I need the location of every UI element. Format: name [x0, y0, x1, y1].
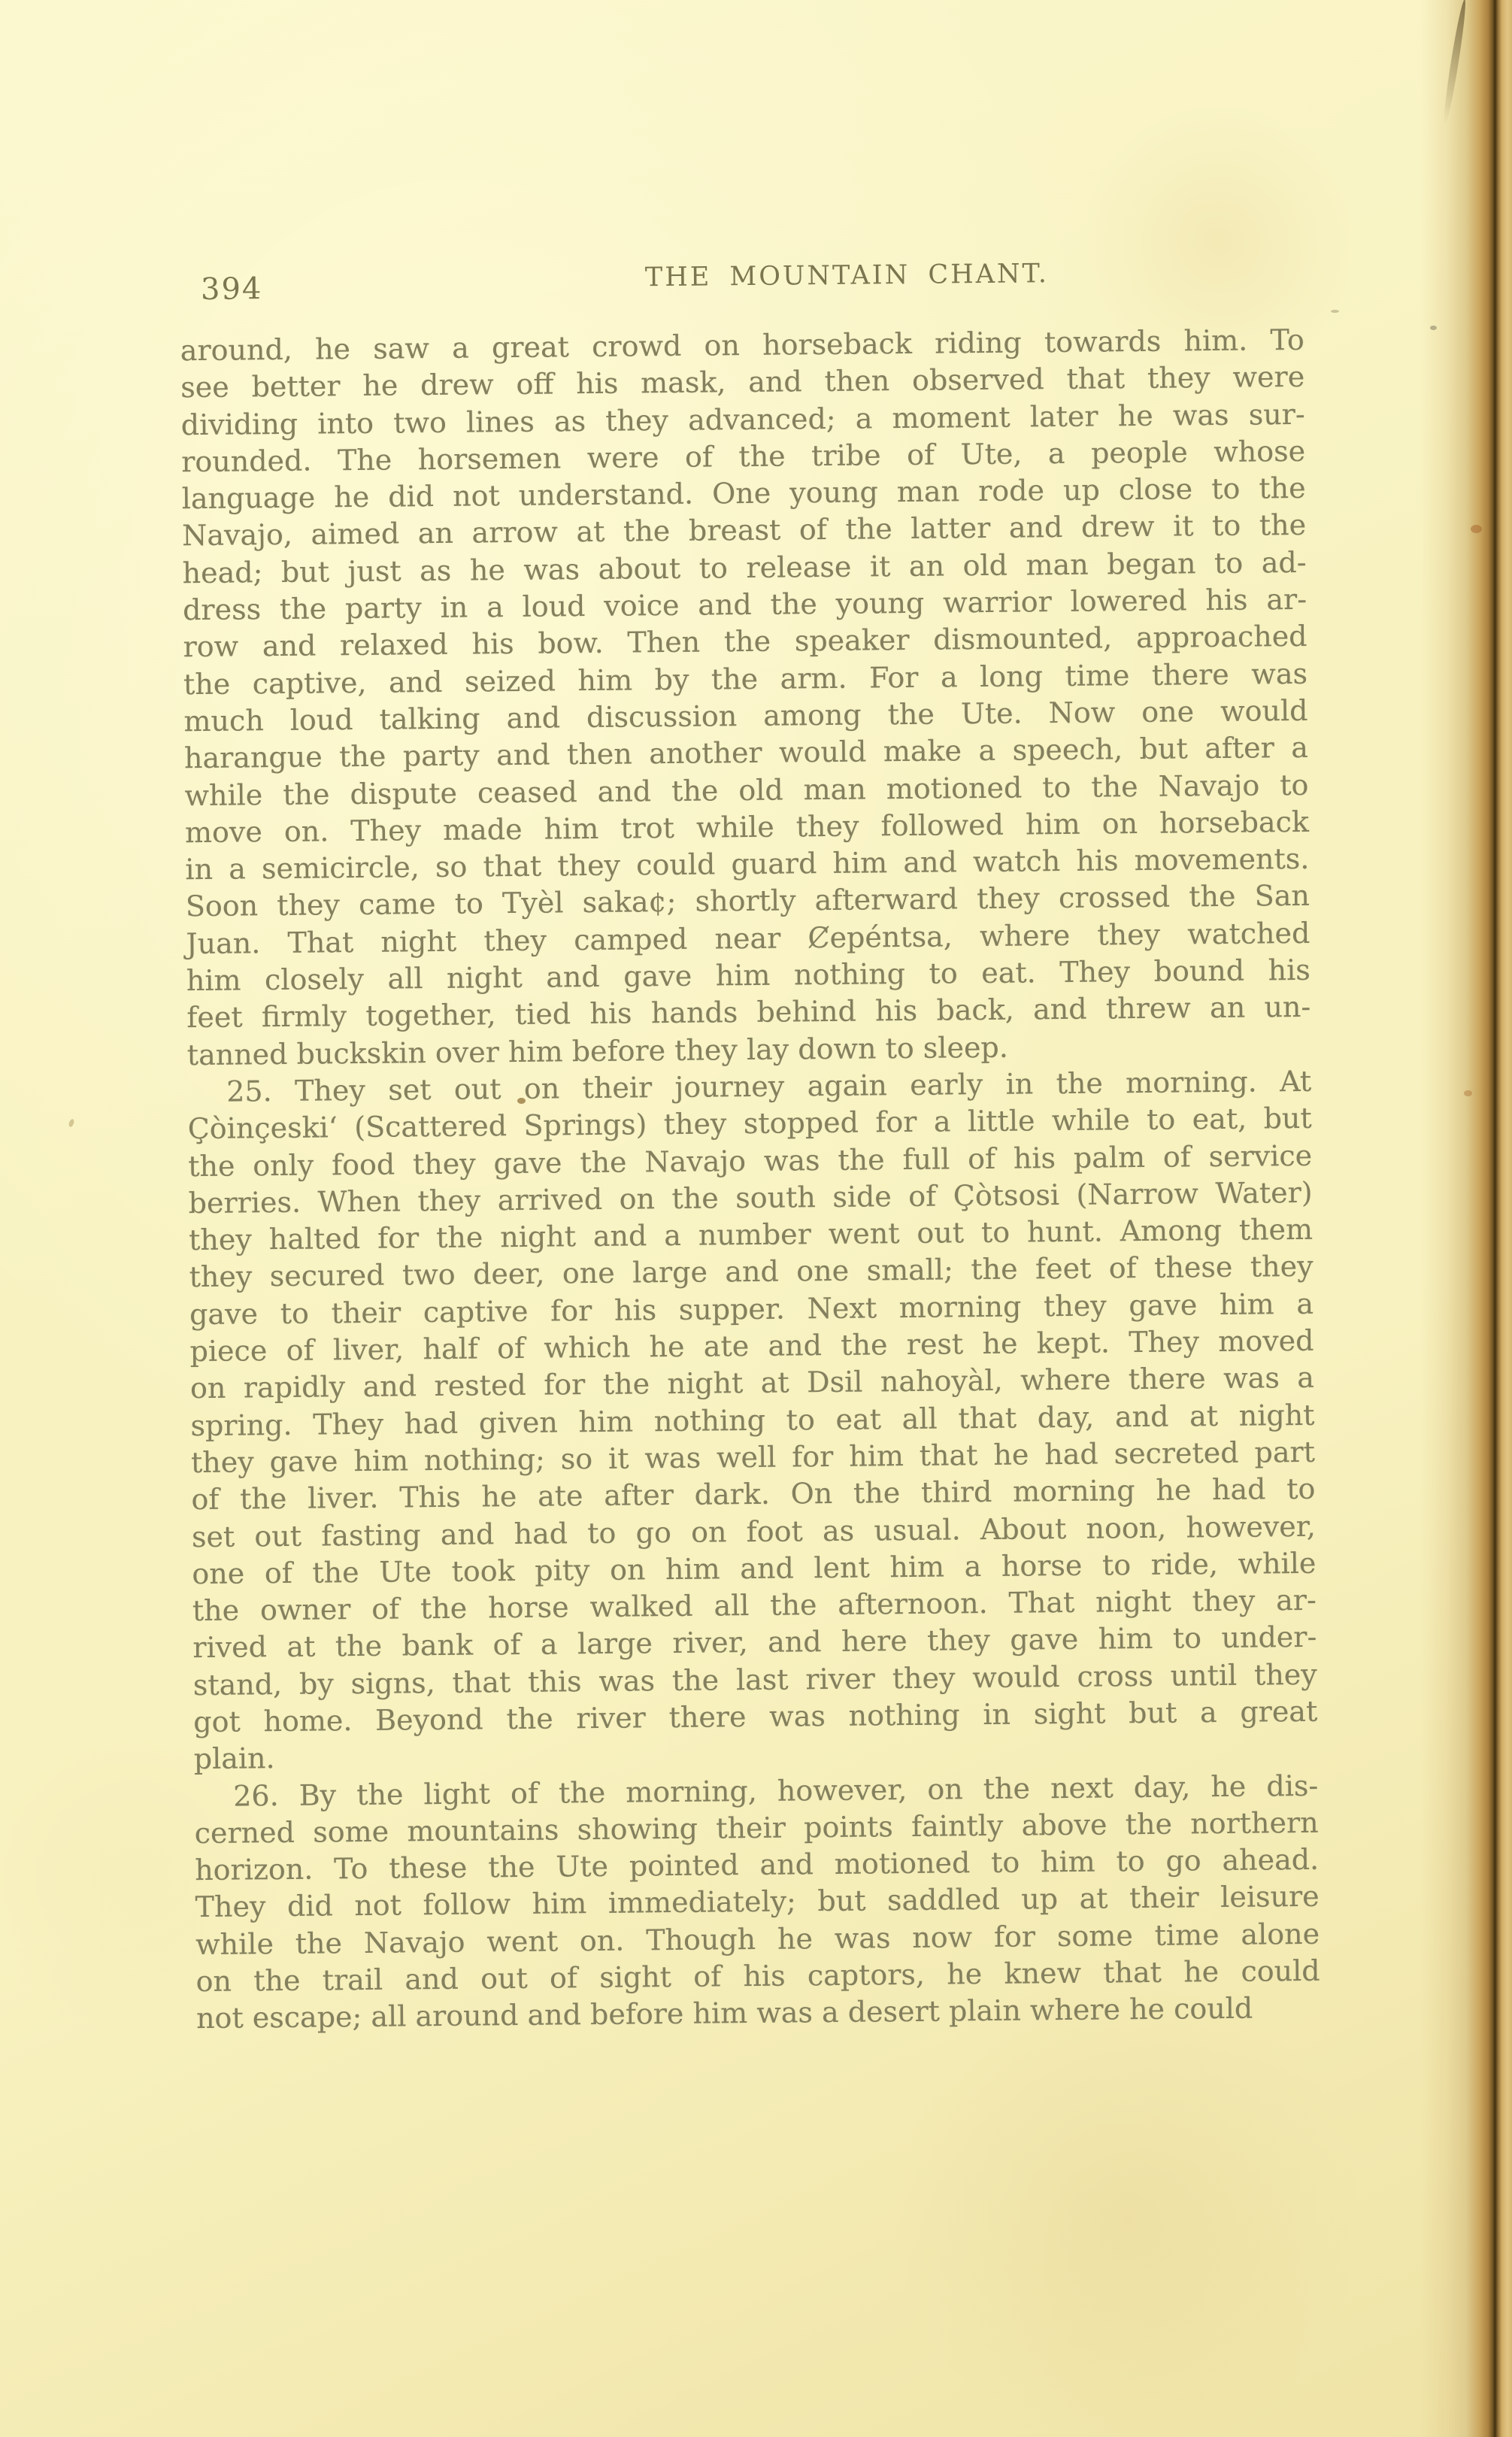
paragraph: 26. By the light of the morning, however…	[194, 1767, 1320, 2037]
stain-speck	[68, 1118, 74, 1127]
page-content: 394 THE MOUNTAIN CHANT. around, he saw a…	[180, 256, 1321, 2038]
body-text: around, he saw a great crowd on horsebac…	[180, 322, 1321, 2038]
paragraph: around, he saw a great crowd on horsebac…	[180, 322, 1311, 1074]
running-title: THE MOUNTAIN CHANT.	[645, 259, 1049, 293]
book-page: 394 THE MOUNTAIN CHANT. around, he saw a…	[0, 0, 1512, 2437]
page-number: 394	[201, 271, 263, 307]
paragraph: 25. They set out on their journey again …	[187, 1063, 1318, 1778]
stain-speck	[1331, 310, 1339, 313]
page-edge-shadow	[1420, 0, 1512, 2437]
page-header: 394 THE MOUNTAIN CHANT.	[180, 256, 1304, 332]
